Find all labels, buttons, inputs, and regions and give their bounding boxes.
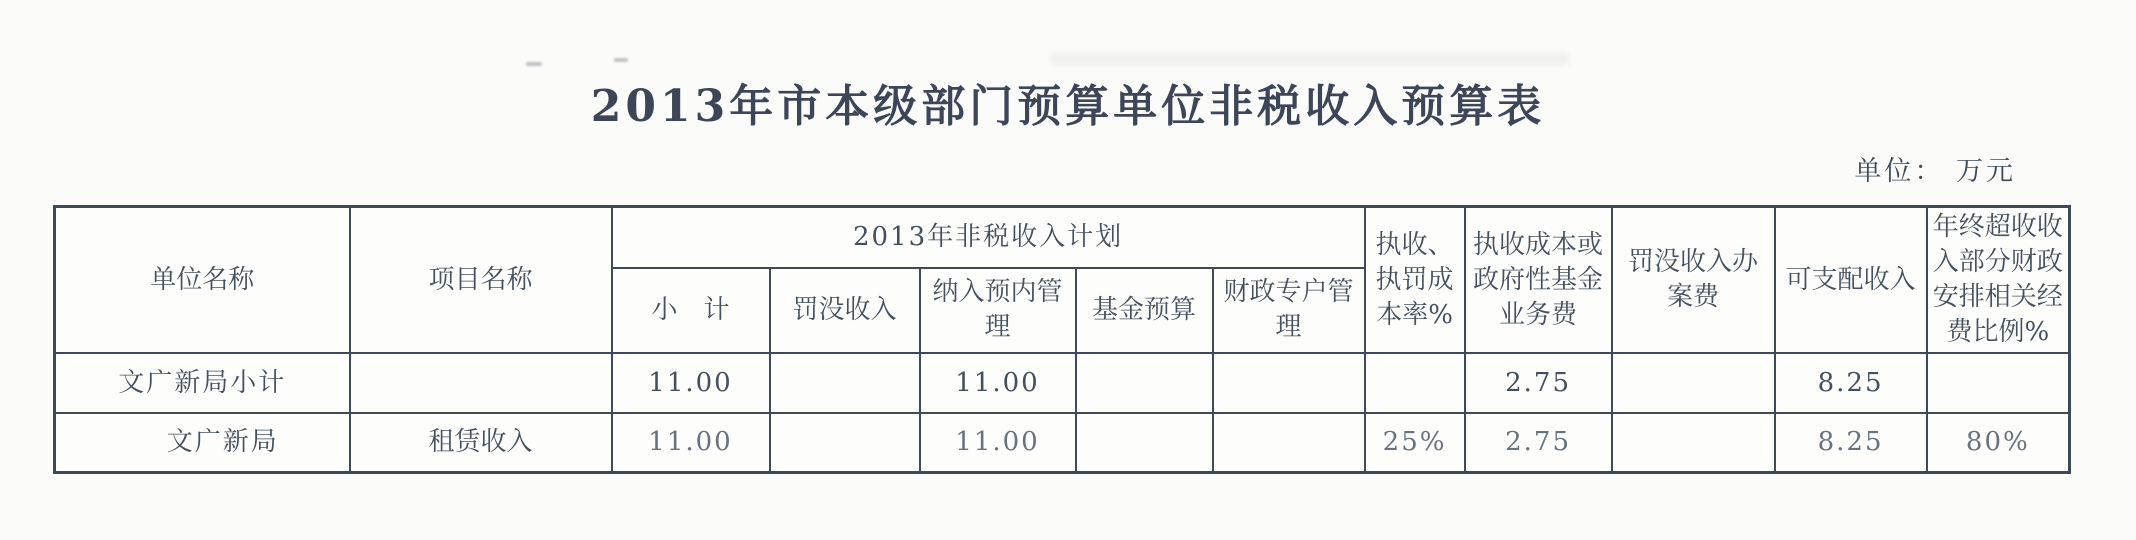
cell-yearend-ratio: 80% (1927, 413, 2070, 472)
cell-special-account (1213, 413, 1365, 472)
table-row-subtotal: 文广新局小计 11.00 11.00 2.75 8.25 (55, 353, 2070, 413)
budget-table: 单位名称 项目名称 2013年非税收入计划 执收、执罚成本率% 执收成本或政府性… (53, 205, 2071, 474)
cell-subtotal: 11.00 (612, 353, 770, 413)
cell-case-fee (1612, 413, 1775, 472)
cell-project-name: 租赁收入 (350, 413, 612, 472)
header-row-1: 单位名称 项目名称 2013年非税收入计划 执收、执罚成本率% 执收成本或政府性… (55, 207, 2070, 268)
header-within-budget: 纳入预内管理 (920, 268, 1076, 354)
cell-special-account (1213, 353, 1365, 413)
document-title: 2013年市本级部门预算单位非税收入预算表 (0, 70, 2136, 134)
cell-yearend-ratio (1927, 353, 2070, 413)
cell-within-budget: 11.00 (920, 353, 1076, 413)
header-project-name: 项目名称 (350, 207, 612, 354)
scan-artifact-dash (526, 62, 542, 66)
header-yearend-ratio: 年终超收收入部分财政安排相关经费比例% (1927, 207, 2070, 354)
cell-cost-fee: 2.75 (1465, 413, 1612, 472)
scanned-document-page: 2013年市本级部门预算单位非税收入预算表 单位： 万元 单位名称 项目名称 2… (0, 0, 2136, 540)
header-unit-name: 单位名称 (55, 207, 350, 354)
table-row-detail: 文广新局 租赁收入 11.00 11.00 25% 2.75 8.25 80% (55, 413, 2070, 472)
scan-artifact-streak (1050, 52, 1570, 66)
cell-case-fee (1612, 353, 1775, 413)
header-case-fee: 罚没收入办案费 (1612, 207, 1775, 354)
header-special-account: 财政专户管理 (1213, 268, 1365, 354)
cell-unit-name: 文广新局 (55, 413, 350, 472)
cell-confiscated (770, 413, 920, 472)
unit-of-measure-label: 单位： 万元 (1854, 149, 2016, 188)
header-fund-budget: 基金预算 (1076, 268, 1213, 354)
scan-artifact-dash (614, 58, 628, 62)
cell-confiscated (770, 353, 920, 413)
cell-subtotal: 11.00 (612, 413, 770, 472)
header-cost-or-fund-fee: 执收成本或政府性基金业务费 (1465, 207, 1612, 354)
header-subtotal: 小 计 (612, 268, 770, 354)
cell-within-budget: 11.00 (920, 413, 1076, 472)
cell-project-name (350, 353, 612, 413)
header-disposable-income: 可支配收入 (1775, 207, 1927, 354)
cell-cost-rate (1365, 353, 1465, 413)
cell-cost-rate: 25% (1365, 413, 1465, 472)
cell-cost-fee: 2.75 (1465, 353, 1612, 413)
header-confiscated-income: 罚没收入 (770, 268, 920, 354)
cell-fund-budget (1076, 353, 1213, 413)
cell-unit-name: 文广新局小计 (55, 353, 350, 413)
cell-disposable: 8.25 (1775, 413, 1927, 472)
cell-disposable: 8.25 (1775, 353, 1927, 413)
header-cost-rate: 执收、执罚成本率% (1365, 207, 1465, 354)
cell-fund-budget (1076, 413, 1213, 472)
header-plan-group: 2013年非税收入计划 (612, 207, 1365, 268)
